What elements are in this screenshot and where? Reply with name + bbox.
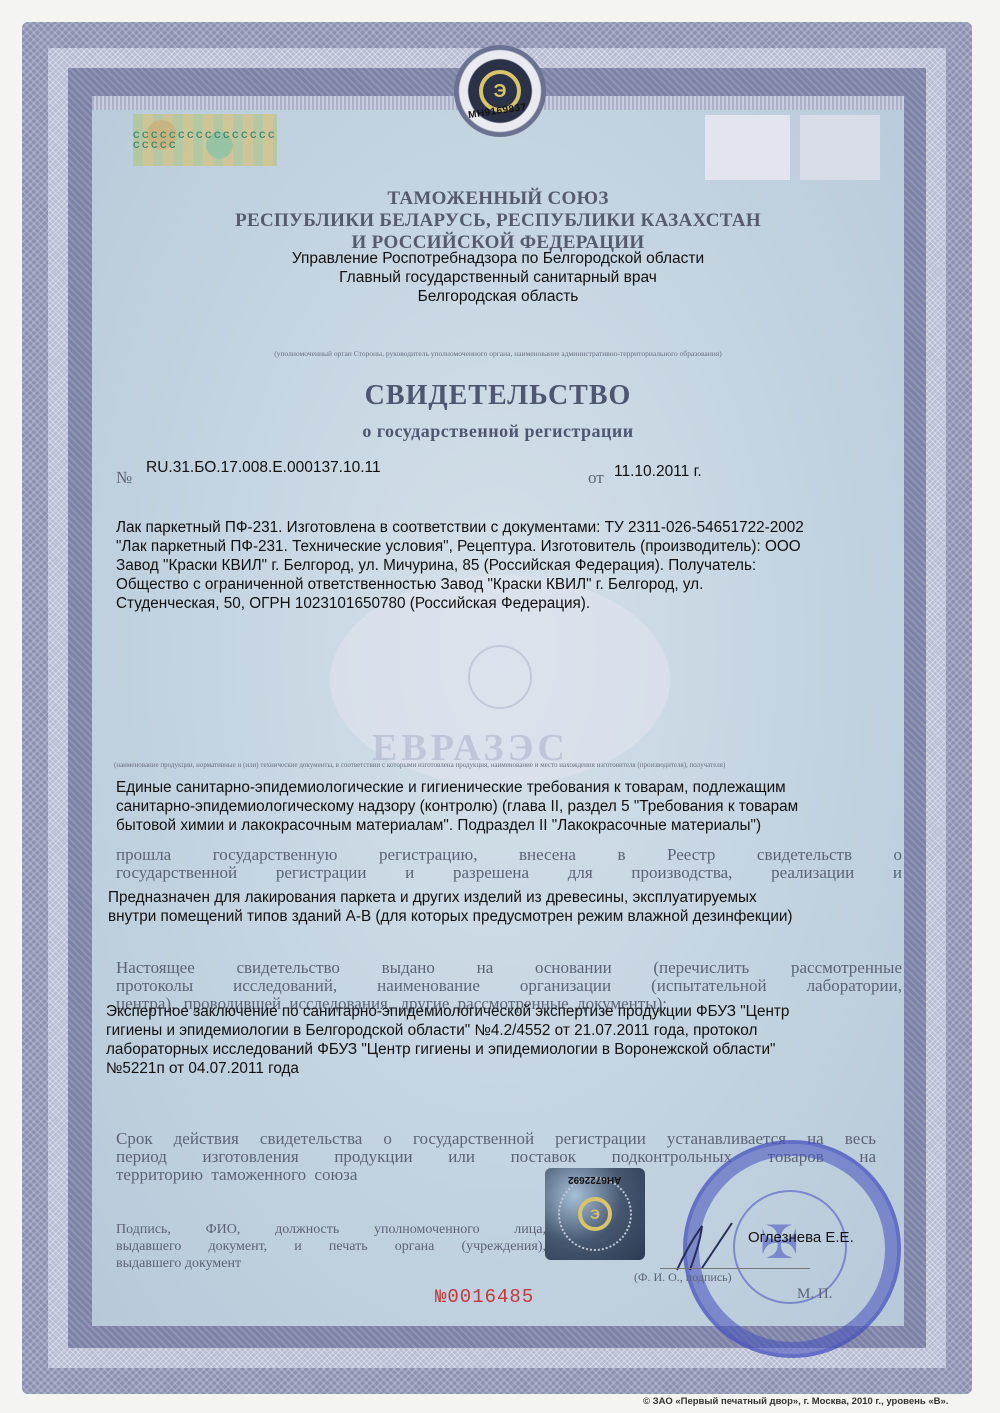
authority-line-1: Управление Роспотребнадзора по Белгородс…: [92, 249, 904, 268]
handwritten-signature: [672, 1218, 742, 1278]
hologram-ring: Э: [558, 1177, 632, 1251]
eac-emblem-icon: Э: [578, 1197, 612, 1231]
statement-line: государственной регистрации и разрешена …: [116, 864, 902, 882]
signature-label-line: выдавшего документ, и печать органа (учр…: [116, 1238, 546, 1255]
registration-number: RU.31.БО.17.008.Е.000137.10.11: [146, 459, 381, 477]
certificate-title: СВИДЕТЕЛЬСТВО: [92, 380, 904, 412]
white-security-patch: [800, 115, 880, 180]
certificate-subtitle: о государственной регистрации: [92, 421, 904, 442]
basis-preprint-line: протоколы исследований, наименование орг…: [116, 977, 902, 995]
basis-line: №5221п от 04.07.2011 года: [106, 1059, 896, 1078]
basis-line: лабораторных исследований ФБУЗ "Центр ги…: [106, 1040, 896, 1059]
product-line: Студенческая, 50, ОГРН 1023101650780 (Ро…: [116, 594, 896, 613]
union-title: ТАМОЖЕННЫЙ СОЮЗ РЕСПУБЛИКИ БЕЛАРУСЬ, РЕС…: [92, 188, 904, 254]
basis-preprint-line: Настоящее свидетельство выдано на основа…: [116, 959, 902, 977]
product-line: Завод "Краски КВИЛ" г. Белгород, ул. Мич…: [116, 556, 896, 575]
hologram-strip-pattern: C C C C C C C C C C C C C C C C C C C C …: [133, 114, 277, 166]
basis-documents: Экспертное заключение по санитарно-эпиде…: [106, 1002, 896, 1078]
top-hologram-emblem: Э: [432, 46, 568, 136]
product-line: Лак паркетный ПФ-231. Изготовлена в соот…: [116, 518, 896, 537]
product-description: Лак паркетный ПФ-231. Изготовлена в соот…: [116, 518, 896, 613]
statement-line: прошла государственную регистрацию, внес…: [116, 846, 902, 864]
authority-caption: (уполномоченный орган Стороны, руководит…: [92, 349, 904, 358]
requirements-line: санитарно-эпидемиологическому надзору (к…: [116, 797, 896, 816]
issuing-authority: Управление Роспотребнадзора по Белгородс…: [92, 249, 904, 306]
authority-line-2: Главный государственный санитарный врач: [92, 268, 904, 287]
product-line: "Лак паркетный ПФ-231. Технические услов…: [116, 537, 896, 556]
product-caption: (наименование продукции, нормативные и (…: [114, 761, 894, 769]
authority-line-3: Белгородская область: [92, 287, 904, 306]
signature-label-line: Подпись, ФИО, должность уполномоченного …: [116, 1221, 546, 1238]
purpose-line: внутри помещений типов зданий А-В (для к…: [108, 907, 898, 926]
union-line-2: РЕСПУБЛИКИ БЕЛАРУСЬ, РЕСПУБЛИКИ КАЗАХСТА…: [92, 210, 904, 232]
number-label: №: [116, 468, 132, 488]
name-caption: (Ф. И. О., подпись): [634, 1270, 732, 1285]
signer-name: Оглезнева Е.Е.: [748, 1229, 854, 1246]
purpose-text: Предназначен для лакирования паркета и д…: [108, 888, 898, 926]
signature-label-line: выдавшего документ: [116, 1255, 546, 1272]
hologram-strip: C C C C C C C C C C C C C C C C C C C C …: [133, 114, 277, 166]
signature-label: Подпись, ФИО, должность уполномоченного …: [116, 1221, 546, 1272]
issue-date: 11.10.2011 г.: [614, 463, 702, 481]
requirements-line: Единые санитарно-эпидемиологические и ги…: [116, 778, 896, 797]
date-label: от: [588, 468, 604, 488]
product-line: Общество с ограниченной ответственностью…: [116, 575, 896, 594]
form-serial-number: №0016485: [435, 1286, 534, 1308]
requirements-line: бытовой химии и лакокрасочным материалам…: [116, 816, 896, 835]
purpose-line: Предназначен для лакирования паркета и д…: [108, 888, 898, 907]
printer-copyright: © ЗАО «Первый печатный двор», г. Москва,…: [643, 1396, 948, 1407]
basis-line: Экспертное заключение по санитарно-эпиде…: [106, 1002, 896, 1021]
basis-line: гигиены и эпидемиологии в Белгородской о…: [106, 1021, 896, 1040]
hologram-ring: Э: [454, 45, 546, 137]
registration-statement: прошла государственную регистрацию, внес…: [116, 846, 902, 882]
union-line-1: ТАМОЖЕННЫЙ СОЮЗ: [92, 188, 904, 210]
seal-label: М. П.: [797, 1286, 832, 1303]
white-security-patch: [705, 115, 790, 180]
signature-line: [660, 1268, 810, 1269]
globe-watermark-icon: [468, 645, 532, 709]
bottom-hologram-serial: AH6722692: [568, 1174, 621, 1185]
requirements-text: Единые санитарно-эпидемиологические и ги…: [116, 778, 896, 835]
